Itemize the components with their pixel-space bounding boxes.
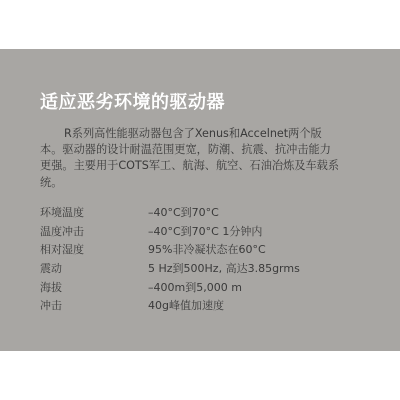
spec-value: –40°C到70°C 1分钟内	[148, 223, 262, 239]
spec-row: 环境温度 –40°C到70°C	[40, 203, 340, 222]
intro-paragraph: R系列高性能驱动器包含了Xenus和Accelnet两个版本。驱动器的设计耐温范…	[40, 126, 340, 191]
spec-value: –400m到5,000 m	[148, 279, 242, 295]
spec-row: 相对湿度 95%非冷凝状态在60°C	[40, 240, 340, 259]
spec-label: 震动	[40, 260, 148, 276]
spec-value: 40g峰值加速度	[148, 297, 224, 313]
spec-label: 相对湿度	[40, 241, 148, 257]
spec-row: 冲击 40g峰值加速度	[40, 296, 340, 315]
spec-label: 环境温度	[40, 204, 148, 220]
spec-label: 温度冲击	[40, 223, 148, 239]
spec-table: 环境温度 –40°C到70°C 温度冲击 –40°C到70°C 1分钟内 相对湿…	[40, 203, 340, 315]
spec-label: 冲击	[40, 297, 148, 313]
spec-label: 海拔	[40, 279, 148, 295]
section-title: 适应恶劣环境的驱动器	[40, 88, 225, 114]
spec-row: 温度冲击 –40°C到70°C 1分钟内	[40, 222, 340, 241]
spec-value: 5 Hz到500Hz, 高达3.85grms	[148, 260, 300, 276]
spec-row: 震动 5 Hz到500Hz, 高达3.85grms	[40, 259, 340, 278]
spec-value: –40°C到70°C	[148, 204, 219, 220]
spec-row: 海拔 –400m到5,000 m	[40, 277, 340, 296]
spec-value: 95%非冷凝状态在60°C	[148, 241, 266, 257]
